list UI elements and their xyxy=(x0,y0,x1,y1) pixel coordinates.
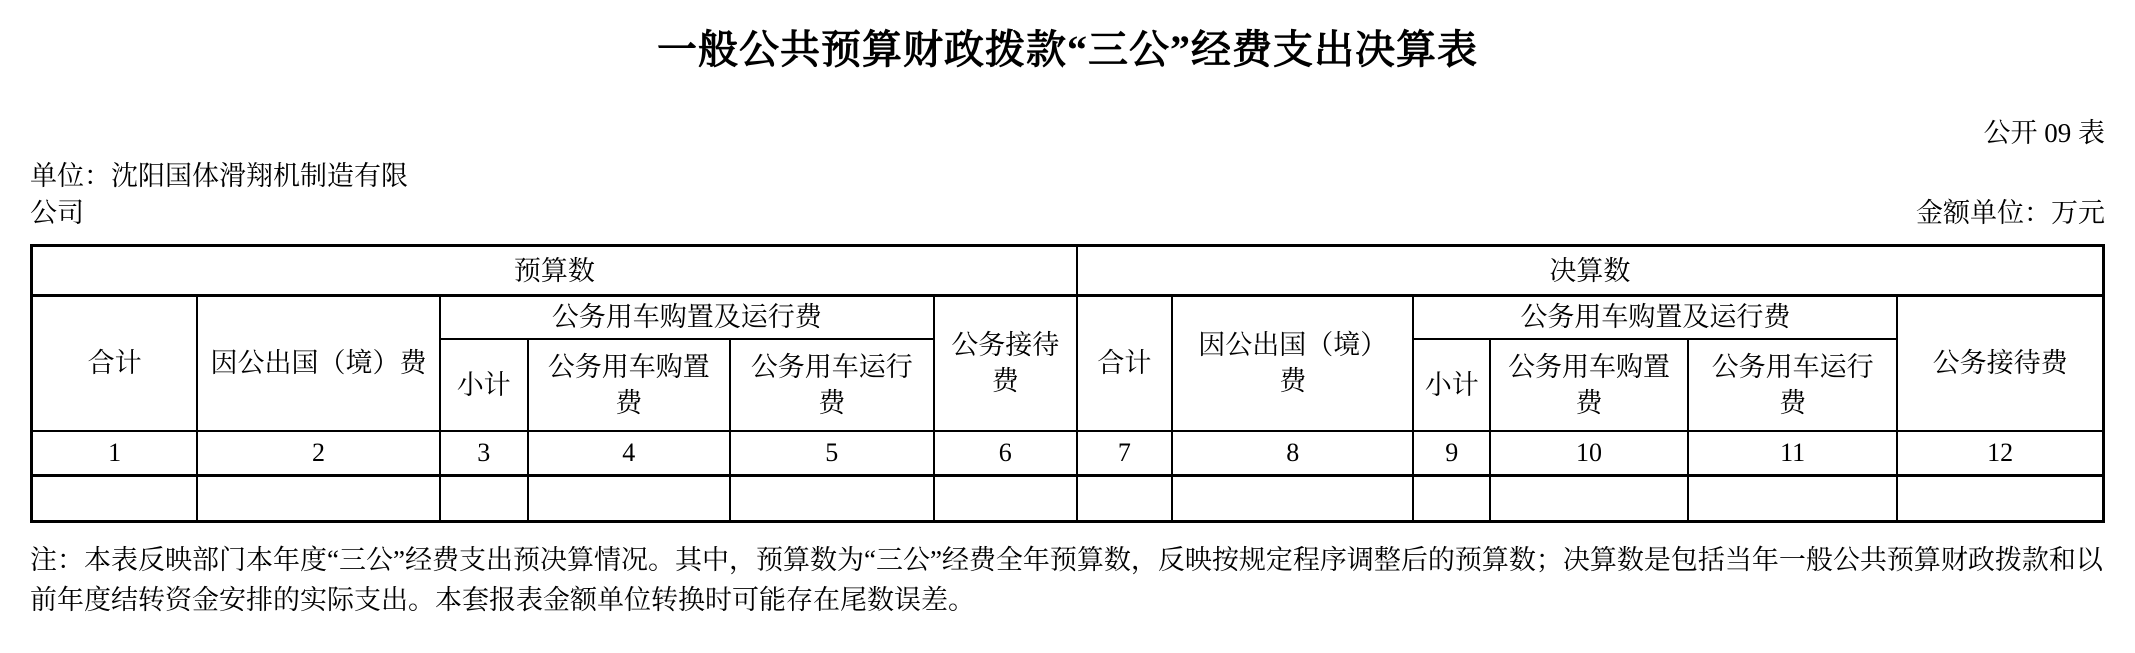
three-public-expense-table: 预算数 决算数 合计 因公出国（境）费 公务用车购置及运行费 公务接待 费 合计… xyxy=(30,244,2105,523)
data-cell-2 xyxy=(197,476,439,522)
col-num-4: 4 xyxy=(528,431,730,476)
data-cell-12 xyxy=(1897,476,2103,522)
section-final: 决算数 xyxy=(1077,246,2104,296)
data-row xyxy=(32,476,2104,522)
final-reception-header: 公务接待费 xyxy=(1897,296,2103,431)
budget-reception-header: 公务接待 费 xyxy=(934,296,1077,431)
amount-unit: 金额单位：万元 xyxy=(1916,195,2105,232)
col-num-12: 12 xyxy=(1897,431,2103,476)
data-cell-9 xyxy=(1413,476,1490,522)
final-vehicle-group-header: 公务用车购置及运行费 xyxy=(1413,296,1897,339)
data-cell-11 xyxy=(1688,476,1897,522)
data-cell-6 xyxy=(934,476,1077,522)
final-subtotal-header: 小计 xyxy=(1413,339,1490,431)
unit-name: 单位：沈阳国体滑翔机制造有限 公司 xyxy=(30,158,408,232)
data-cell-4 xyxy=(528,476,730,522)
col-num-8: 8 xyxy=(1172,431,1413,476)
col-num-1: 1 xyxy=(32,431,198,476)
table-code-row: 公开 09 表 xyxy=(30,116,2105,150)
col-num-3: 3 xyxy=(440,431,528,476)
col-num-5: 5 xyxy=(730,431,934,476)
data-cell-8 xyxy=(1172,476,1413,522)
budget-purchase-header: 公务用车购置 费 xyxy=(528,339,730,431)
col-num-9: 9 xyxy=(1413,431,1490,476)
data-cell-7 xyxy=(1077,476,1172,522)
budget-vehicle-group-header: 公务用车购置及运行费 xyxy=(440,296,934,339)
meta-row: 单位：沈阳国体滑翔机制造有限 公司 金额单位：万元 xyxy=(30,158,2105,232)
col-num-7: 7 xyxy=(1077,431,1172,476)
section-budget: 预算数 xyxy=(32,246,1077,296)
data-cell-3 xyxy=(440,476,528,522)
budget-total-header: 合计 xyxy=(32,296,198,431)
section-header-row: 预算数 决算数 xyxy=(32,246,2104,296)
final-total-header: 合计 xyxy=(1077,296,1172,431)
table-code: 公开 09 表 xyxy=(1984,118,2106,148)
page-title: 一般公共预算财政拨款“三公”经费支出决算表 xyxy=(30,26,2105,74)
final-purchase-header: 公务用车购置 费 xyxy=(1490,339,1688,431)
final-operation-header: 公务用车运行 费 xyxy=(1688,339,1897,431)
table-note: 注：本表反映部门本年度“三公”经费支出预决算情况。其中，预算数为“三公”经费全年… xyxy=(30,540,2105,620)
col-num-10: 10 xyxy=(1490,431,1688,476)
document-page: 一般公共预算财政拨款“三公”经费支出决算表 公开 09 表 单位：沈阳国体滑翔机… xyxy=(0,0,2135,653)
budget-subtotal-header: 小计 xyxy=(440,339,528,431)
final-abroad-header: 因公出国（境） 费 xyxy=(1172,296,1413,431)
data-cell-10 xyxy=(1490,476,1688,522)
col-num-6: 6 xyxy=(934,431,1077,476)
data-cell-1 xyxy=(32,476,198,522)
col-num-11: 11 xyxy=(1688,431,1897,476)
column-number-row: 1 2 3 4 5 6 7 8 9 10 11 12 xyxy=(32,431,2104,476)
data-cell-5 xyxy=(730,476,934,522)
col-num-2: 2 xyxy=(197,431,439,476)
budget-operation-header: 公务用车运行 费 xyxy=(730,339,934,431)
group-header-row: 合计 因公出国（境）费 公务用车购置及运行费 公务接待 费 合计 因公出国（境）… xyxy=(32,296,2104,339)
budget-abroad-header: 因公出国（境）费 xyxy=(197,296,439,431)
